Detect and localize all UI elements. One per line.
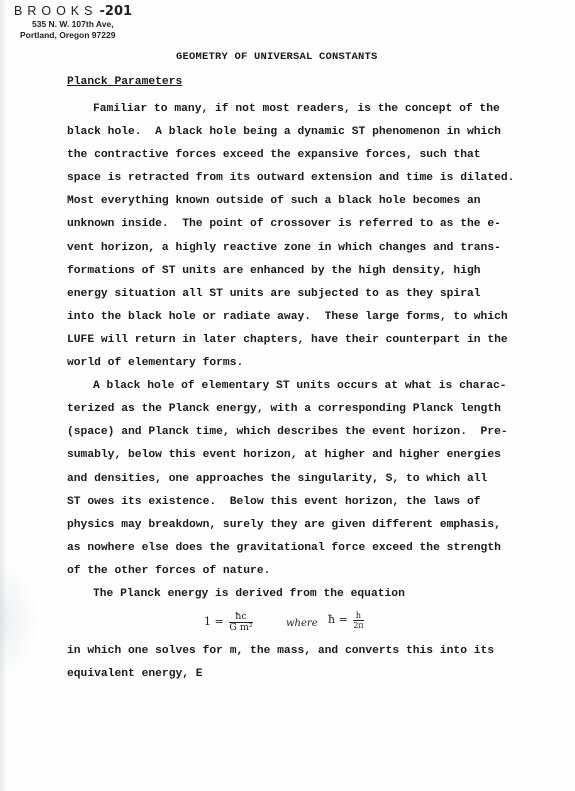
closing-paragraph: in which one solves for m, the mass, and…	[67, 640, 567, 686]
planck-equation: 1 = ħc G m² where ħ = h 2π	[67, 606, 567, 640]
equation-hbar: ħ =	[328, 613, 348, 626]
paragraph: A black hole of elementary ST units occu…	[67, 375, 567, 583]
equation-numerator: ħc	[229, 612, 252, 623]
text-line: world of elementary forms.	[67, 352, 567, 375]
equation-fraction: ħc G m²	[229, 612, 252, 633]
document-title: GEOMETRY OF UNIVERSAL CONSTANTS	[176, 51, 378, 63]
stamp-number: -201	[100, 4, 133, 19]
stamp-address-street: 535 N. W. 107th Ave,	[32, 19, 132, 30]
document-body: Familiar to many, if not most readers, i…	[67, 98, 567, 686]
address-stamp: BROOKS-201 535 N. W. 107th Ave, Portland…	[14, 4, 132, 41]
text-line: space is retracted from its outward exte…	[67, 167, 567, 190]
text-line: sumably, below this event horizon, at hi…	[67, 444, 567, 467]
stamp-name-line: BROOKS-201	[14, 4, 132, 19]
stamp-address-city: Portland, Oregon 97229	[20, 30, 132, 41]
text-line: vent horizon, a highly reactive zone in …	[67, 237, 567, 260]
text-line: A black hole of elementary ST units occu…	[67, 375, 567, 398]
text-line: the contractive forces exceed the expans…	[67, 144, 567, 167]
text-line: terized as the Planck energy, with a cor…	[67, 398, 567, 421]
scan-smudge	[0, 560, 40, 680]
equation-one: 1 =	[204, 615, 224, 628]
text-line: as nowhere else does the gravitational f…	[67, 537, 567, 560]
text-line: and densities, one approaches the singul…	[67, 468, 567, 491]
text-line: equivalent energy, E	[67, 663, 567, 686]
text-line: physics may breakdown, surely they are g…	[67, 514, 567, 537]
equation-lhs: 1 = ħc G m²	[204, 610, 253, 633]
text-line: unknown inside. The point of crossover i…	[67, 213, 567, 236]
paragraph: The Planck energy is derived from the eq…	[67, 583, 567, 606]
paragraph: Familiar to many, if not most readers, i…	[67, 98, 567, 375]
text-line: ST owes its existence. Below this event …	[67, 491, 567, 514]
hbar-denominator: 2π	[353, 621, 363, 630]
text-line: Most everything known outside of such a …	[67, 190, 567, 213]
paragraphs: Familiar to many, if not most readers, i…	[67, 98, 567, 606]
text-line: in which one solves for m, the mass, and…	[67, 640, 567, 663]
text-line: of the other forces of nature.	[67, 560, 567, 583]
text-line: formations of ST units are enhanced by t…	[67, 260, 567, 283]
equation-where-label: where	[286, 612, 318, 635]
text-line: black hole. A black hole being a dynamic…	[67, 121, 567, 144]
text-line: (space) and Planck time, which describes…	[67, 421, 567, 444]
text-line: into the black hole or radiate away. The…	[67, 306, 567, 329]
scanned-page: BROOKS-201 535 N. W. 107th Ave, Portland…	[0, 0, 575, 791]
hbar-fraction: h 2π	[353, 611, 363, 630]
text-line: LUFE will return in later chapters, have…	[67, 329, 567, 352]
stamp-name: BROOKS	[14, 4, 98, 18]
text-line: energy situation all ST units are subjec…	[67, 283, 567, 306]
equation-hbar-definition: ħ = h 2π	[328, 608, 364, 631]
equation-denominator: G m²	[229, 623, 252, 633]
hbar-numerator: h	[353, 611, 363, 621]
text-line: Familiar to many, if not most readers, i…	[67, 98, 567, 121]
section-heading: Planck Parameters	[67, 76, 182, 88]
text-line: The Planck energy is derived from the eq…	[67, 583, 567, 606]
